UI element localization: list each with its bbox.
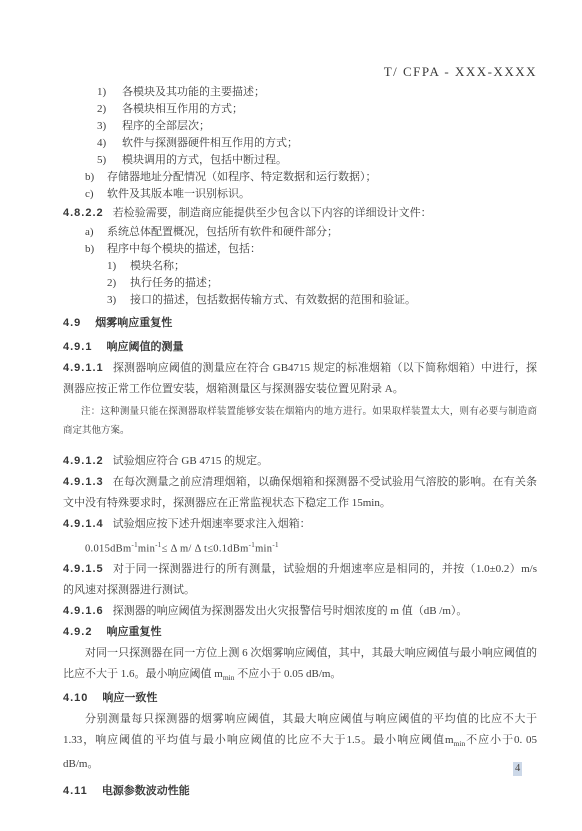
clause-text: 试验烟应按下述升烟速率要求注入烟箱： — [113, 518, 311, 530]
list-text: 系统总体配置概况，包括所有软件和硬件部分； — [107, 226, 338, 238]
clause-4-8-2-2: 4.8.2.2若检验需要，制造商应能提供至少包含以下内容的详细设计文件： — [63, 203, 537, 224]
list-text: 接口的描述，包括数据传输方式、有效数据的范围和验证。 — [130, 294, 416, 306]
list-marker: 5) — [97, 152, 106, 169]
list-text: 程序中每个模块的描述，包括： — [107, 243, 261, 255]
list-item: 2) 执行任务的描述； — [63, 275, 537, 292]
subscript-min: min — [454, 739, 466, 748]
list-item: 3) 程序的全部层次； — [63, 118, 537, 135]
list-item: c) 软件及其版本唯一识别标识。 — [63, 186, 537, 203]
clause-text: 对于同一探测器进行的所有测量，试验烟的升烟速率应是相同的，并按（1.0±0.2）… — [63, 563, 537, 596]
list-marker: b) — [85, 169, 94, 186]
list-marker: c) — [85, 186, 94, 203]
formula-inequality: ≤ Δ m/ Δ t≤ — [162, 543, 214, 554]
heading-4-9-2: 4.9.2响应重复性 — [63, 622, 537, 643]
list-marker: 3) — [107, 292, 116, 309]
clause-4-9-1-5: 4.9.1.5对于同一探测器进行的所有测量，试验烟的升烟速率应是相同的，并按（1… — [63, 559, 537, 601]
heading-4-11: 4.11电源参数波动性能 — [63, 781, 537, 802]
formula-exponent: -1 — [272, 541, 278, 549]
formula-term: 0.1dBm — [213, 543, 248, 554]
list-item: a) 系统总体配置概况，包括所有软件和硬件部分； — [63, 224, 537, 241]
clause-number: 4.9.1.4 — [63, 518, 104, 530]
list-item: b) 存储器地址分配情况（如程序、特定数据和运行数据）； — [63, 169, 537, 186]
heading-number: 4.9.1 — [63, 341, 92, 353]
formula-term: 0.015dBm — [85, 543, 131, 554]
clause-text: 在每次测量之前应清理烟箱，以确保烟箱和探测器不受试验用气溶胶的影响。在有关条文中… — [63, 476, 537, 509]
document-code-header: T/ CFPA - XXX-XXXX — [63, 62, 537, 82]
list-marker: 3) — [97, 118, 106, 135]
clause-text: 探测器的响应阈值为探测器发出火灾报警信号时烟浓度的 m 值（dB /m）。 — [113, 605, 468, 617]
formula-term: min — [138, 543, 155, 554]
clause-4-9-1-4: 4.9.1.4试验烟应按下述升烟速率要求注入烟箱： — [63, 514, 537, 535]
list-item: 4) 软件与探测器硬件相互作用的方式； — [63, 135, 537, 152]
heading-4-9: 4.9烟雾响应重复性 — [63, 313, 537, 334]
clause-4-9-1-3: 4.9.1.3在每次测量之前应清理烟箱，以确保烟箱和探测器不受试验用气溶胶的影响… — [63, 472, 537, 514]
paragraph-text: 不应小于 0.05 dB/m。 — [234, 668, 341, 680]
formula-term: min — [255, 543, 272, 554]
clause-number: 4.9.1.1 — [63, 362, 104, 374]
list-text: 软件与探测器硬件相互作用的方式； — [122, 137, 298, 149]
list-text: 模块调用的方式，包括中断过程。 — [122, 154, 287, 166]
clause-text: 探测器响应阈值的测量应在符合 GB4715 规定的标准烟箱（以下简称烟箱）中进行… — [63, 362, 537, 395]
clause-number: 4.9.1.3 — [63, 476, 104, 488]
list-marker: 2) — [97, 101, 106, 118]
page-number: 4 — [513, 762, 522, 776]
paragraph-4-9-2: 对同一只探测器在同一方位上测 6 次烟雾响应阈值，其中，其最大响应阈值与最小响应… — [63, 643, 537, 688]
heading-title: 响应一致性 — [102, 692, 157, 704]
list-item: 1) 各模块及其功能的主要描述； — [63, 84, 537, 101]
list-item: 1) 模块名称； — [63, 258, 537, 275]
clause-text: 若检验需要，制造商应能提供至少包含以下内容的详细设计文件： — [113, 207, 432, 219]
list-item: 2) 各模块相互作用的方式； — [63, 101, 537, 118]
clause-number: 4.9.1.5 — [63, 563, 104, 575]
list-text: 软件及其版本唯一识别标识。 — [107, 188, 250, 200]
heading-title: 响应阈值的测量 — [106, 341, 183, 353]
list-item: 5) 模块调用的方式，包括中断过程。 — [63, 152, 537, 169]
clause-number: 4.9.1.6 — [63, 605, 104, 617]
heading-title: 烟雾响应重复性 — [95, 317, 172, 329]
heading-4-9-1: 4.9.1响应阈值的测量 — [63, 337, 537, 358]
list-marker: a) — [85, 224, 94, 241]
list-marker: b) — [85, 241, 94, 258]
list-marker: 1) — [97, 84, 106, 101]
heading-4-10: 4.10响应一致性 — [63, 688, 537, 709]
clause-4-9-1-6: 4.9.1.6探测器的响应阈值为探测器发出火灾报警信号时烟浓度的 m 值（dB … — [63, 601, 537, 622]
document-page: T/ CFPA - XXX-XXXX 1) 各模块及其功能的主要描述； 2) 各… — [0, 0, 582, 831]
list-marker: 2) — [107, 275, 116, 292]
clause-number: 4.8.2.2 — [63, 207, 104, 219]
list-text: 存储器地址分配情况（如程序、特定数据和运行数据）； — [107, 171, 377, 183]
list-text: 模块名称； — [130, 260, 185, 272]
list-marker: 1) — [107, 258, 116, 275]
clause-4-9-1-1: 4.9.1.1探测器响应阈值的测量应在符合 GB4715 规定的标准烟箱（以下简… — [63, 358, 537, 400]
paragraph-4-10: 分别测量每只探测器的烟雾响应阈值，其最大响应阈值与响应阈值的平均值的比应不大于1… — [63, 709, 537, 775]
heading-title: 电源参数波动性能 — [102, 785, 190, 797]
list-text: 各模块及其功能的主要描述； — [122, 86, 265, 98]
list-marker: 4) — [97, 135, 106, 152]
list-item: b) 程序中每个模块的描述，包括： — [63, 241, 537, 258]
smoke-rate-formula: 0.015dBm-1min-1≤ Δ m/ Δ t≤0.1dBm-1min-1 — [63, 535, 537, 560]
heading-number: 4.9 — [63, 317, 81, 329]
list-text: 各模块相互作用的方式； — [122, 103, 243, 115]
list-item: 3) 接口的描述，包括数据传输方式、有效数据的范围和验证。 — [63, 292, 537, 309]
clause-number: 4.9.1.2 — [63, 455, 104, 467]
heading-number: 4.10 — [63, 692, 88, 704]
heading-number: 4.9.2 — [63, 626, 92, 638]
clause-4-9-1-2: 4.9.1.2试验烟应符合 GB 4715 的规定。 — [63, 451, 537, 472]
note-4-9-1-1: 注：这种测量只能在探测器取样装置能够安装在烟箱内的地方进行。如果取样装置太大，则… — [63, 403, 537, 441]
heading-title: 响应重复性 — [106, 626, 161, 638]
heading-number: 4.11 — [63, 785, 88, 797]
list-text: 程序的全部层次； — [122, 120, 210, 132]
clause-text: 试验烟应符合 GB 4715 的规定。 — [113, 455, 269, 467]
subscript-min: min — [223, 673, 235, 682]
list-text: 执行任务的描述； — [130, 277, 218, 289]
